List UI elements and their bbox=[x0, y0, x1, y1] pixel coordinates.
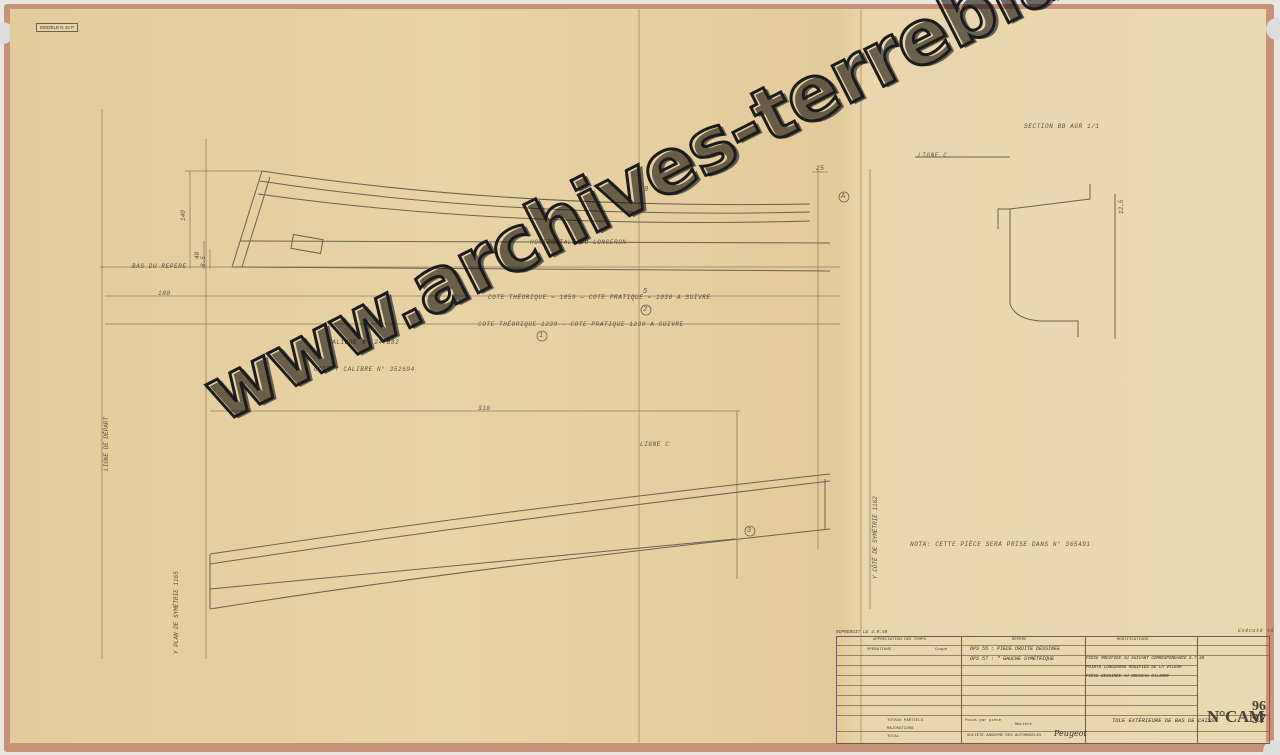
tb-header-temps: APPRÉCIATION DES TEMPS bbox=[873, 638, 926, 642]
repere-row-b: OPS 57 : " GAUCHE SYMÉTRIQUE bbox=[970, 656, 1054, 662]
axe-left-label: Y PLAN DE SYMÉTRIE 1165 bbox=[173, 571, 180, 654]
modification-1: PIÈCE MODIFIÉE AU SUIVANT CORRESPONDANCE… bbox=[1086, 657, 1204, 661]
tb-majorations: MAJORATIONS bbox=[887, 727, 913, 731]
cote-1-label: COTE THÉORIQUE 1239 — COTE PRATIQUE 1230… bbox=[478, 321, 684, 328]
section-ligne-c: LIGNE C bbox=[918, 152, 947, 159]
tb-rule bbox=[837, 715, 1269, 716]
dimension-8-5: 8.5 bbox=[200, 256, 207, 267]
dimension-25: 25 bbox=[816, 165, 824, 172]
tb-rule bbox=[837, 731, 1269, 732]
tb-col-repere bbox=[961, 637, 1086, 743]
tb-societe: SOCIÉTÉ ANONYME DES AUTOMOBILES bbox=[967, 734, 1041, 738]
ligne-c-lower-label: LIGNE C bbox=[640, 441, 669, 448]
tb-rule bbox=[837, 705, 1197, 706]
bas-du-repere-label: BAS DU REPERE bbox=[132, 263, 187, 270]
tb-col-operations: OPÉRATIONS bbox=[867, 648, 891, 652]
tb-matiere: Matière bbox=[1015, 723, 1032, 727]
modification-2: POINTS LONGERONS MODIFIÉS DE LA VALEUR bbox=[1086, 666, 1182, 670]
ligne-de-depart-label: LIGNE DE DÉPART bbox=[103, 417, 110, 471]
reproduction-note: REPRODUIT LE 4.8.48 bbox=[836, 630, 887, 635]
cote-2-label: COTE THÉORIQUE = 1059 — COTE PRATIQUE = … bbox=[488, 294, 711, 301]
part-designation: TOLE EXTÉRIEURE DE BAS DE CAISSE bbox=[1112, 717, 1218, 724]
axe-right-label: Y CÔTÉ DE SYMÉTRIE 1162 bbox=[872, 496, 879, 579]
dimension-310: 310 bbox=[478, 405, 491, 412]
tb-col-modifications bbox=[1085, 637, 1198, 743]
tb-rule bbox=[837, 685, 1197, 686]
dimension-180: 180 bbox=[158, 290, 171, 297]
ncam-number: 9697 bbox=[1252, 700, 1266, 726]
part-label-3: 3 bbox=[747, 527, 752, 535]
ncam-number-bottom: 97 bbox=[1252, 712, 1266, 727]
modification-3: PIÈCE DESSINÉE AU NOUVEAU CALIBRE bbox=[1086, 675, 1169, 679]
tb-header-modifications: MODIFICATIONS bbox=[1117, 638, 1148, 642]
part-label-2: 2 bbox=[643, 306, 648, 314]
part-label-1: 1 bbox=[539, 332, 544, 340]
tb-rule bbox=[837, 695, 1197, 696]
tb-totaux: TOTAUX PARTIELS bbox=[887, 719, 923, 723]
section-note: NOTA: CETTE PIÈCE SERA PRISE DANS N° 365… bbox=[910, 541, 1091, 548]
tb-total: TOTAL bbox=[887, 735, 899, 739]
section-dimension: 12.5 bbox=[1118, 200, 1125, 214]
tb-header-repere: REPÈRE bbox=[1012, 638, 1026, 642]
part-label-a: A bbox=[841, 193, 846, 201]
section-title: SECTION BB AGR 1/1 bbox=[1024, 123, 1100, 130]
title-block: APPRÉCIATION DES TEMPS REPÈRE MODIFICATI… bbox=[836, 636, 1270, 744]
brand-signature: Peugeot bbox=[1054, 729, 1087, 738]
dimension-140: 140 bbox=[180, 210, 187, 221]
tb-col-coupe: Coupe bbox=[935, 648, 947, 652]
model-stamp: MODÈLE N 42 P bbox=[36, 23, 78, 32]
corner-note: Exécuté 48 bbox=[1238, 628, 1274, 634]
repere-row-a: OPS 55 : PIÈCE DROITE DESSINÉE bbox=[970, 646, 1060, 652]
tb-poids: Poids par pièce bbox=[965, 719, 1001, 723]
